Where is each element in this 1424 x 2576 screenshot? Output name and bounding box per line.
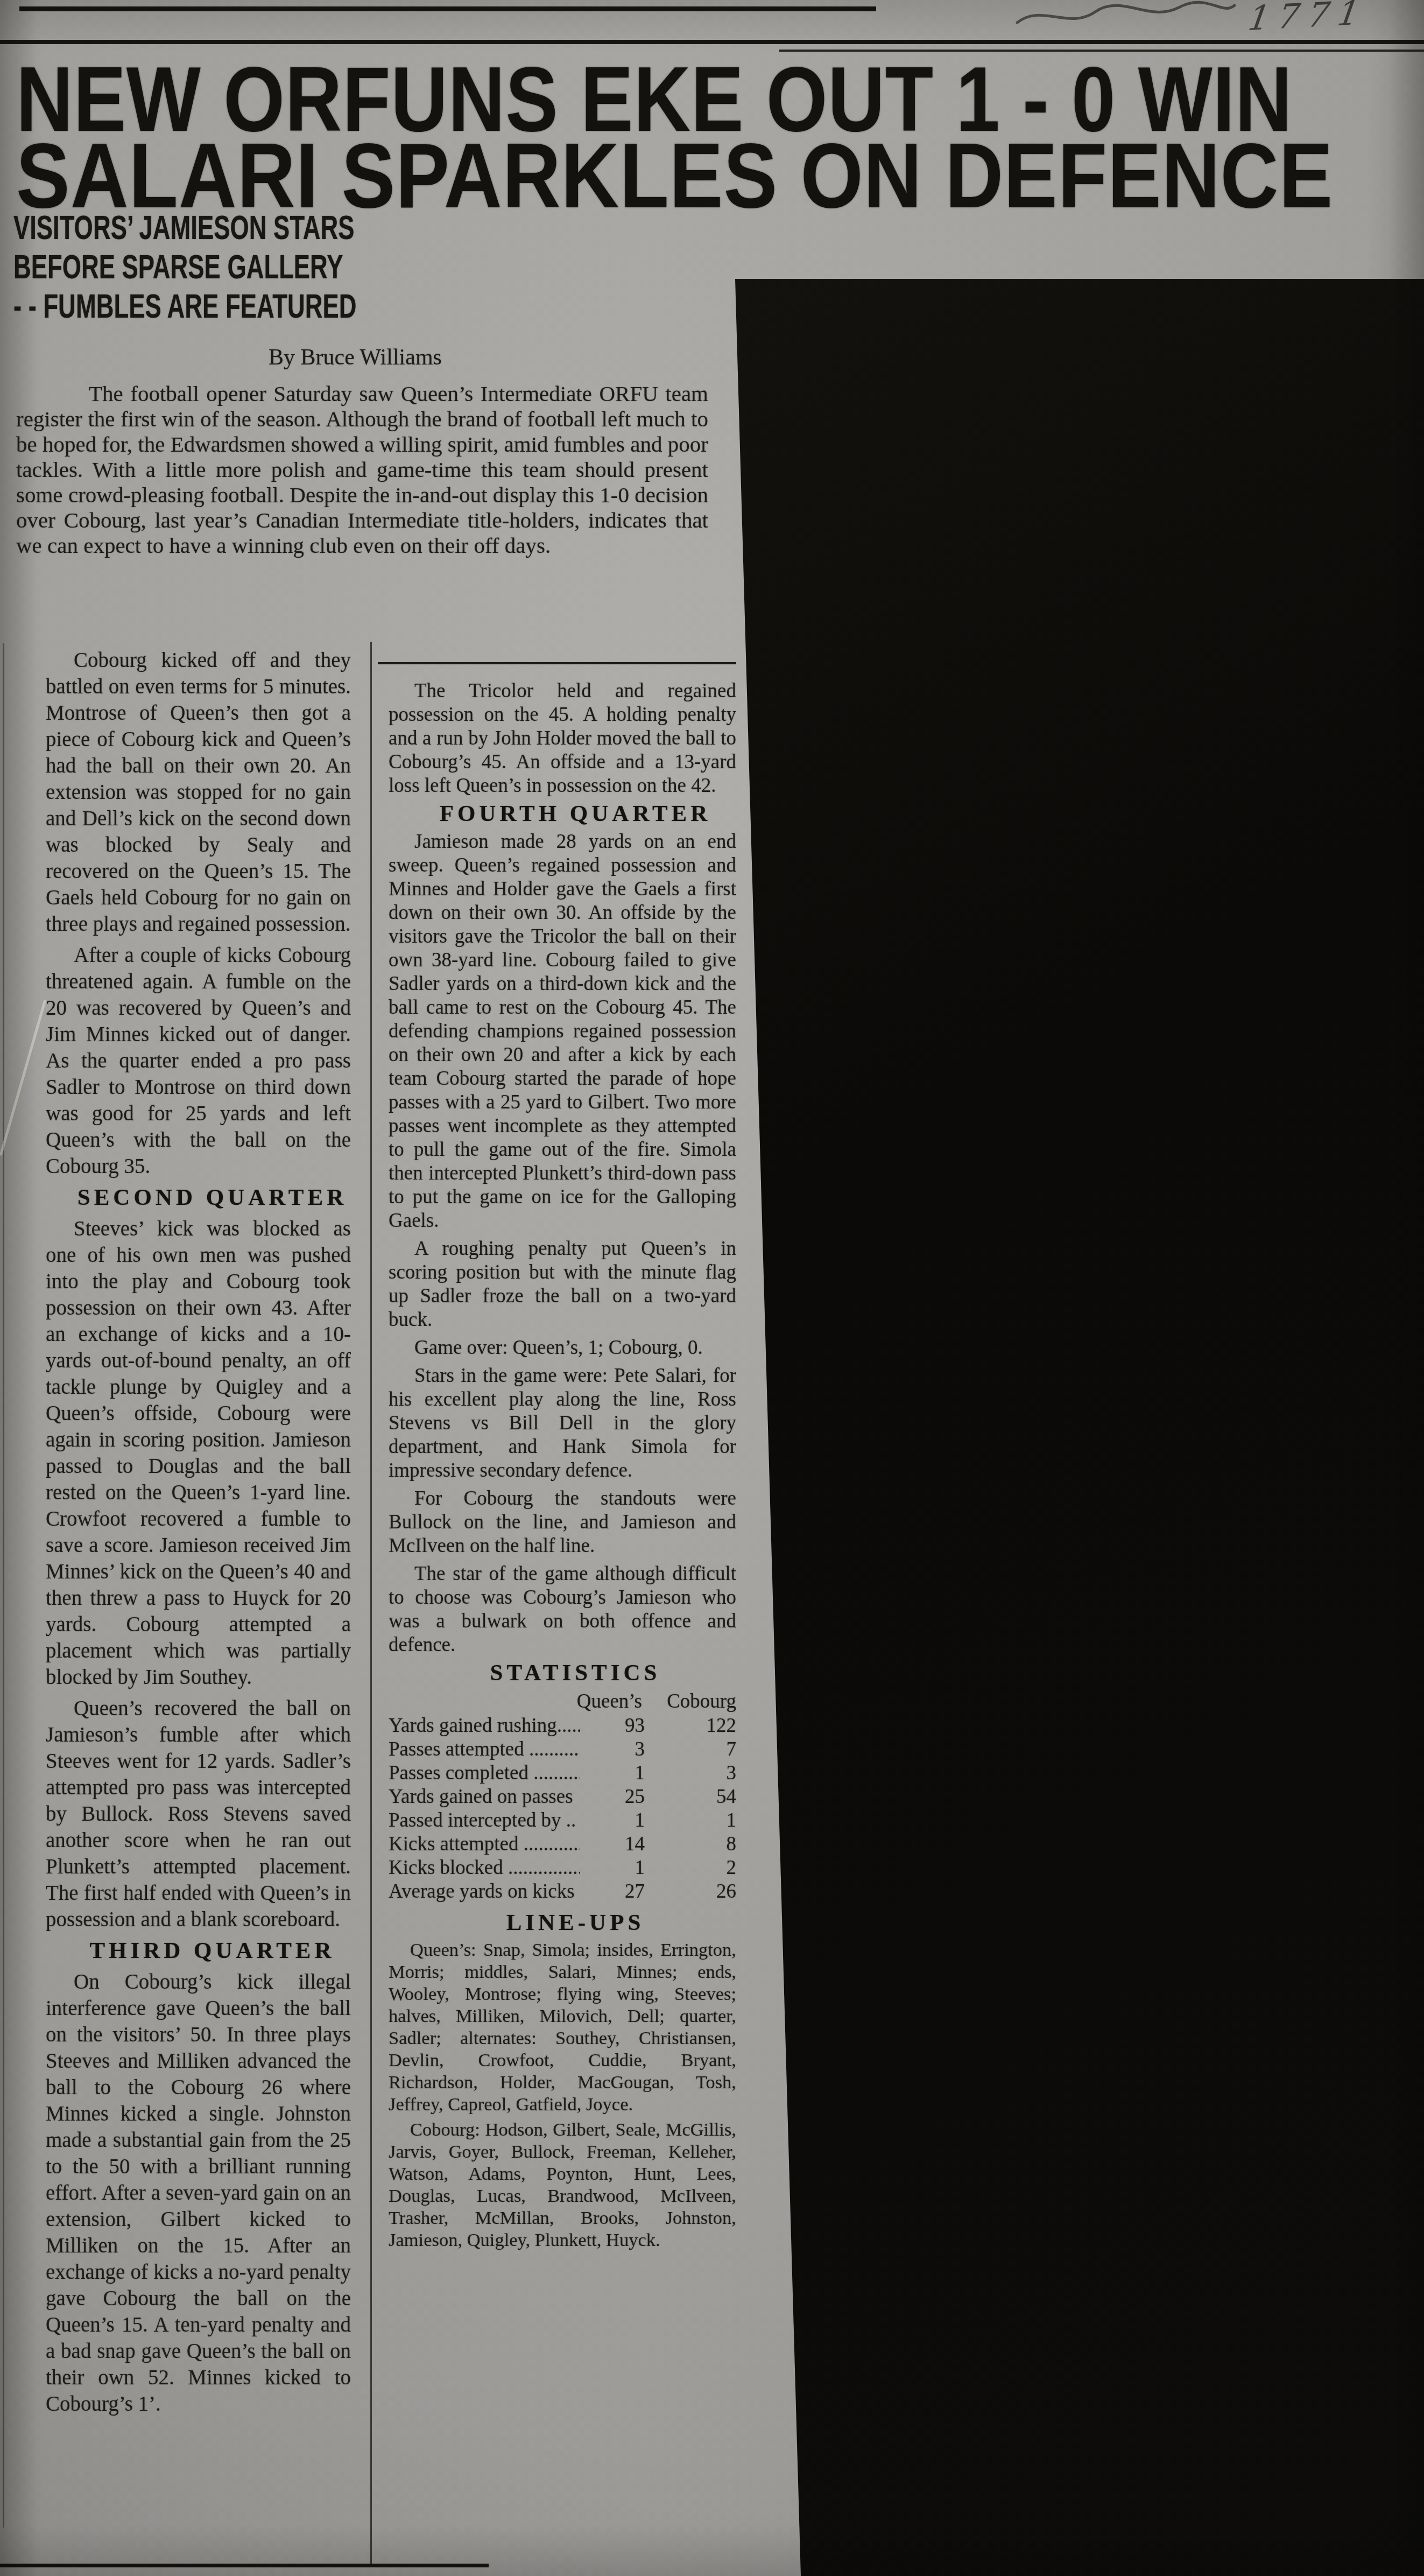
column-divider-rule bbox=[370, 642, 372, 2564]
stat-value-cobourg: 1 bbox=[645, 1809, 736, 1833]
scan-scratch-mark bbox=[0, 1000, 46, 1156]
paragraph: The star of the game although difficult … bbox=[389, 1562, 736, 1657]
table-row: Passes completed ............. 1 3 bbox=[389, 1761, 736, 1785]
stat-label: Yards gained rushing...... bbox=[389, 1714, 580, 1738]
section-heading-lineups: LINE-UPS bbox=[389, 1911, 736, 1935]
stat-value-queens: 1 bbox=[580, 1809, 645, 1833]
newspaper-clipping: 1771 NEW ORFUNS EKE OUT 1 - 0 WIN SALARI… bbox=[0, 0, 1424, 2576]
table-row: Passes attempted .............. 3 7 bbox=[389, 1738, 736, 1761]
paragraph: For Cobourg the standouts were Bullock o… bbox=[389, 1487, 736, 1558]
stat-value-cobourg: 122 bbox=[645, 1714, 736, 1738]
main-headline-line2: SALARI SPARKLES ON DEFENCE bbox=[16, 130, 1333, 222]
table-row: Average yards on kicks 27 26 bbox=[389, 1880, 736, 1904]
top-rule-left bbox=[19, 6, 876, 11]
middle-column-top-rule bbox=[378, 662, 736, 664]
table-row: Kicks blocked .................... 1 2 bbox=[389, 1856, 736, 1880]
stat-value-queens: 1 bbox=[580, 1761, 645, 1785]
stat-value-cobourg: 2 bbox=[645, 1856, 736, 1880]
stat-value-queens: 1 bbox=[580, 1856, 645, 1880]
subhead-line2: BEFORE SPARSE GALLERY bbox=[13, 250, 343, 284]
paragraph: Game over: Queen’s, 1; Cobourg, 0. bbox=[389, 1336, 736, 1360]
section-heading-second-quarter: SECOND QUARTER bbox=[46, 1184, 351, 1211]
table-row: Yards gained rushing...... 93 122 bbox=[389, 1714, 736, 1738]
stat-value-queens: 14 bbox=[580, 1833, 645, 1856]
lineup-cobourg: Cobourg: Hodson, Gilbert, Seale, McGilli… bbox=[389, 2119, 736, 2251]
statistics-table: Queen’s Cobourg Yards gained rushing....… bbox=[389, 1689, 736, 1904]
table-row: Passed intercepted by .. 1 1 bbox=[389, 1809, 736, 1833]
article-column-middle: The Tricolor held and regained possessio… bbox=[389, 679, 736, 2570]
page-edge-line bbox=[3, 643, 4, 2528]
subhead-line1: VISITORS’ JAMIESON STARS bbox=[13, 211, 354, 245]
stat-value-queens: 27 bbox=[580, 1880, 645, 1904]
section-heading-third-quarter: THIRD QUARTER bbox=[46, 1938, 351, 1964]
stat-value-queens: 3 bbox=[580, 1738, 645, 1761]
paragraph: Jamieson made 28 yards on an end sweep. … bbox=[389, 830, 736, 1233]
statistics-header-queens: Queen’s bbox=[551, 1689, 642, 1714]
subhead-line3: - - FUMBLES ARE FEATURED bbox=[13, 290, 357, 324]
stat-value-cobourg: 8 bbox=[645, 1833, 736, 1856]
stat-value-queens: 25 bbox=[580, 1785, 645, 1809]
stat-value-cobourg: 26 bbox=[645, 1880, 736, 1904]
statistics-header-cobourg: Cobourg bbox=[642, 1689, 736, 1714]
lineup-queens: Queen’s: Snap, Simola; insides, Erringto… bbox=[389, 1939, 736, 2116]
section-heading-fourth-quarter: FOURTH QUARTER bbox=[389, 802, 736, 826]
stat-value-cobourg: 3 bbox=[645, 1761, 736, 1785]
lineups-block: Queen’s: Snap, Simola; insides, Erringto… bbox=[389, 1939, 736, 2251]
article-column-left: Cobourg kicked off and they battled on e… bbox=[46, 647, 351, 2561]
stat-value-cobourg: 54 bbox=[645, 1785, 736, 1809]
paragraph: Cobourg kicked off and they battled on e… bbox=[46, 647, 351, 937]
stat-label: Kicks attempted ................ bbox=[389, 1833, 580, 1856]
paragraph: Steeves’ kick was blocked as one of his … bbox=[46, 1216, 351, 1690]
paragraph: Queen’s recovered the ball on Jamieson’s… bbox=[46, 1695, 351, 1933]
stat-value-cobourg: 7 bbox=[645, 1738, 736, 1761]
stat-label: Passes completed ............. bbox=[389, 1761, 580, 1785]
byline: By Bruce Williams bbox=[0, 345, 710, 370]
stat-label: Yards gained on passes bbox=[389, 1785, 580, 1809]
handwritten-mark: 1771 bbox=[1245, 0, 1371, 38]
stat-label: Passed intercepted by .. bbox=[389, 1809, 580, 1833]
section-heading-statistics: STATISTICS bbox=[389, 1661, 736, 1685]
handwriting-squiggle-icon bbox=[1012, 0, 1238, 38]
top-rule-full bbox=[0, 40, 1424, 44]
table-row: Yards gained on passes 25 54 bbox=[389, 1785, 736, 1809]
stat-label: Passes attempted .............. bbox=[389, 1738, 580, 1761]
table-row: Kicks attempted ................ 14 8 bbox=[389, 1833, 736, 1856]
stat-label: Average yards on kicks bbox=[389, 1880, 580, 1904]
paragraph: Stars in the game were: Pete Salari, for… bbox=[389, 1364, 736, 1483]
stat-value-queens: 93 bbox=[580, 1714, 645, 1738]
photo-dark-region bbox=[730, 279, 1424, 2576]
statistics-header-row: Queen’s Cobourg bbox=[389, 1689, 736, 1714]
bottom-rule bbox=[0, 2564, 489, 2567]
paragraph: After a couple of kicks Cobourg threaten… bbox=[46, 942, 351, 1180]
paragraph: The Tricolor held and regained possessio… bbox=[389, 679, 736, 798]
stat-label: Kicks blocked .................... bbox=[389, 1856, 580, 1880]
paragraph: On Cobourg’s kick illegal interference g… bbox=[46, 1969, 351, 2417]
lead-paragraph: The football opener Saturday saw Queen’s… bbox=[16, 381, 708, 558]
statistics-header-spacer bbox=[389, 1689, 551, 1714]
paragraph: A roughing penalty put Queen’s in scorin… bbox=[389, 1237, 736, 1332]
